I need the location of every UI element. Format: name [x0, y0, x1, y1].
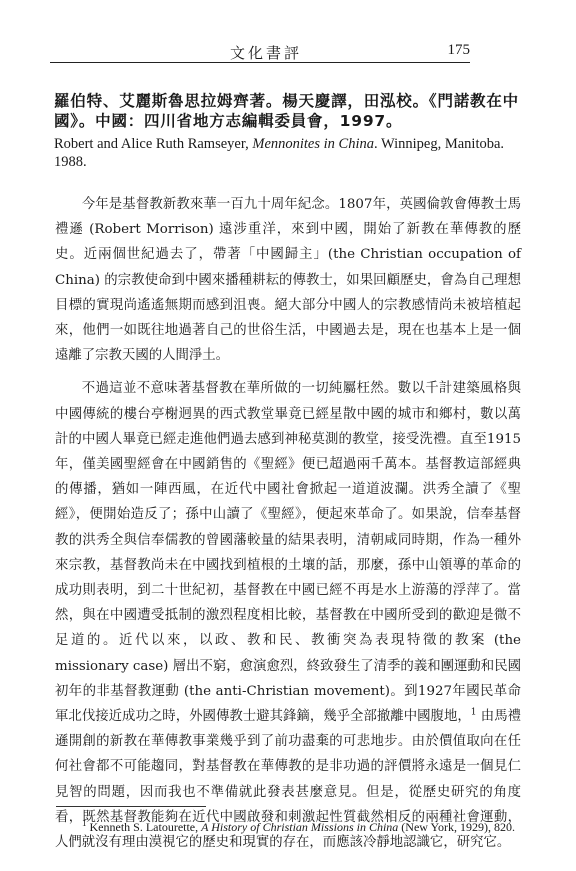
footnote-1: 1 Kenneth S. Latourette, A History of Ch… [82, 820, 515, 835]
paragraph-2: 不過這並不意味著基督教在華所做的一切純屬枉然。數以千計建築風格與中國傳統的樓台亭… [55, 376, 521, 855]
book-citation: 羅伯特、艾麗斯魯思拉姆齊著。楊天慶譯，田泓校。《門諾教在中 國》。中國：四川省地… [54, 91, 534, 171]
footnote-author: Kenneth S. Latourette, [90, 820, 202, 834]
citation-book-title: Mennonites in China [252, 136, 374, 152]
running-title: 文化書評 [230, 42, 302, 63]
citation-authors: Robert and Alice Ruth Ramseyer, [54, 136, 252, 152]
page-number: 175 [448, 42, 471, 59]
footnote-publication: (New York, 1929), 820. [398, 820, 515, 834]
paragraph-2-text-a: 不過這並不意味著基督教在華所做的一切純屬枉然。數以千計建築風格與中國傳統的樓台亭… [55, 381, 521, 724]
footnote-title: A History of Christian Missions in China [201, 820, 398, 834]
paragraph-1: 今年是基督教新教來華一百九十周年紀念。1807年，英國倫敦會傳教士馬禮遜 (Ro… [55, 192, 521, 368]
citation-english: Robert and Alice Ruth Ramseyer, Mennonit… [54, 135, 534, 171]
citation-zh-line-2: 國》。中國：四川省地方志編輯委員會，1997。 [54, 111, 534, 131]
footnote-divider [56, 806, 206, 807]
citation-chinese: 羅伯特、艾麗斯魯思拉姆齊著。楊天慶譯，田泓校。《門諾教在中 國》。中國：四川省地… [54, 91, 534, 131]
footnote-number: 1 [82, 818, 87, 828]
running-header: 文化書評 175 [50, 36, 470, 63]
review-body: 今年是基督教新教來華一百九十周年紀念。1807年，英國倫敦會傳教士馬禮遜 (Ro… [55, 192, 521, 863]
citation-zh-line-1: 羅伯特、艾麗斯魯思拉姆齊著。楊天慶譯，田泓校。《門諾教在中 [54, 91, 534, 111]
